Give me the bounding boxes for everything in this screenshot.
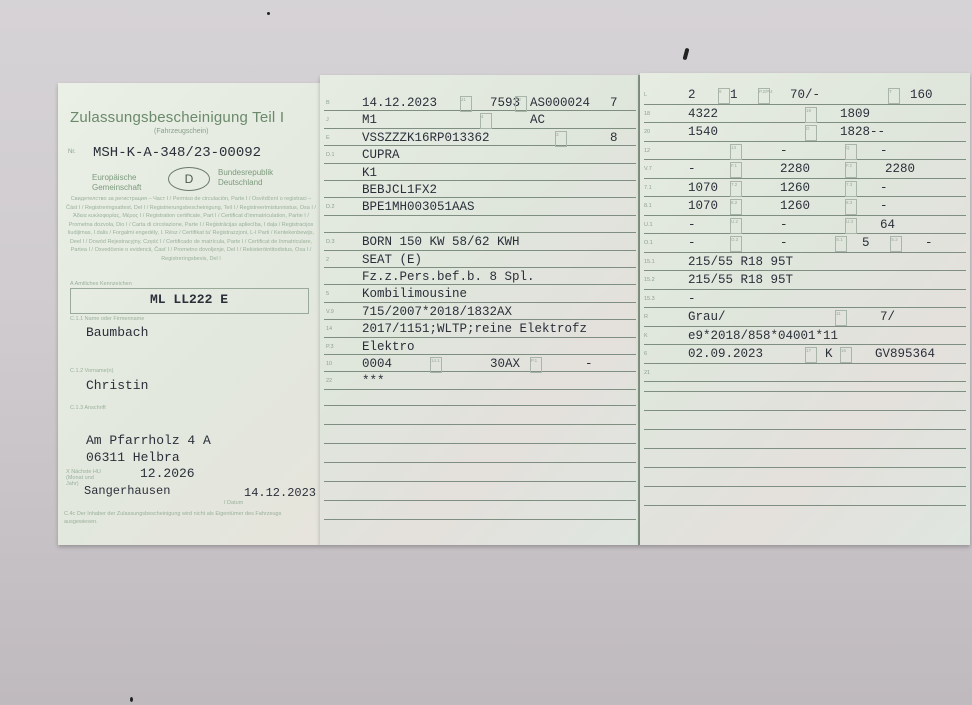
blank-row-divider — [324, 462, 636, 463]
field-code: U.1 — [644, 222, 653, 228]
field-value: BEBJCL1FX2 — [362, 183, 437, 197]
field-code: D.3 — [326, 239, 335, 245]
field-value: 215/55 R18 95T — [688, 255, 793, 269]
field-code-box: S.2 — [890, 236, 902, 252]
field-value-extra: 7 — [610, 96, 618, 110]
field-code: 2 — [326, 257, 329, 263]
field-value: e9*2018/858*04001*11 — [688, 329, 838, 343]
field-value: VSSZZZK16RP013362 — [362, 131, 490, 145]
firstname-label: C.1.2 Vorname(n) — [70, 368, 113, 374]
date-label: I Datum — [224, 500, 243, 506]
blank-row-divider — [324, 405, 636, 406]
field-value: SEAT (E) — [362, 253, 422, 267]
country-label-line1: Bundesrepublik — [218, 168, 273, 178]
field-code: V.9 — [326, 309, 334, 315]
field-code: 15.3 — [644, 296, 655, 302]
blank-row-divider — [324, 500, 636, 501]
field-code-box: 7.2 — [730, 181, 742, 197]
field-code: E — [326, 135, 330, 141]
surface-speck — [683, 48, 690, 61]
field-value: - — [688, 236, 696, 250]
field-code: 8.1 — [644, 203, 652, 209]
field-value-f3: 8 — [610, 131, 618, 145]
surname-label: C.1.1 Name oder Firmenname — [70, 316, 144, 322]
country-code-oval: D — [168, 167, 210, 191]
field-code: 15.1 — [644, 259, 655, 265]
registration-document: Zulassungsbescheinigung Teil I (Fahrzeug… — [58, 75, 970, 545]
field-value: 14.12.2023 — [362, 96, 437, 110]
eu-label: Europäische Gemeinschaft — [92, 173, 141, 193]
field-value-f17: K — [825, 347, 833, 361]
doc-number: MSH-K-A-348/23-00092 — [93, 145, 261, 161]
field-code: 6 — [644, 351, 647, 357]
field-code-box: 3 — [555, 131, 567, 147]
field-value: CUPRA — [362, 148, 400, 162]
blank-row-divider — [644, 410, 966, 411]
field-value-s1: 5 — [862, 236, 870, 250]
row-divider — [644, 344, 966, 345]
row-divider — [324, 267, 636, 268]
field-value: - — [688, 292, 696, 306]
row-divider — [324, 302, 636, 303]
eu-label-line1: Europäische — [92, 173, 141, 183]
field-code-box: G — [805, 125, 817, 141]
surname: Baumbach — [86, 325, 148, 340]
field-code-box: 11 — [835, 310, 847, 326]
field-code: 21 — [644, 370, 650, 376]
blank-row-divider — [324, 424, 636, 425]
vehicle-data-panel-1: B14.12.2023759321AS000024227JM1AC4EVSSZZ… — [320, 75, 640, 545]
field-value: 02.09.2023 — [688, 347, 763, 361]
row-divider — [324, 232, 636, 233]
field-value: 2 — [688, 88, 696, 102]
row-divider — [324, 284, 636, 285]
document-title: Zulassungsbescheinigung Teil I — [70, 109, 284, 126]
field-value-f19: 1809 — [840, 107, 870, 121]
row-divider — [644, 233, 966, 234]
field-value: *** — [362, 374, 385, 388]
row-divider — [644, 252, 966, 253]
field-value-f4: AC — [530, 113, 545, 127]
field-value-f83: - — [880, 199, 888, 213]
field-value: 4322 — [688, 107, 718, 121]
field-value-p2: 70/- — [790, 88, 820, 102]
field-code-box: 13 — [730, 144, 742, 160]
row-divider — [324, 215, 636, 216]
row-divider — [324, 180, 636, 181]
field-value-o2: - — [780, 236, 788, 250]
field-code-box: 19 — [805, 107, 817, 123]
field-value-f82: 1260 — [780, 199, 810, 213]
row-divider — [324, 145, 636, 146]
field-code: L — [644, 92, 647, 98]
field-code: D.1 — [326, 152, 335, 158]
field-code-box: P.2/P.4 — [758, 88, 770, 104]
field-code: O.1 — [644, 240, 653, 246]
row-divider — [324, 197, 636, 198]
row-divider — [644, 270, 966, 271]
vehicle-data-panel-2: L21970/-P.2/P.4160T184322180919201540182… — [640, 73, 970, 545]
field-value: 715/2007*2018/1832AX — [362, 305, 512, 319]
field-code-box: S.1 — [835, 236, 847, 252]
field-code: 20 — [644, 129, 650, 135]
issuing-authority: Sangerhausen — [84, 484, 170, 498]
field-value-s2: - — [925, 236, 933, 250]
blank-row-divider — [324, 519, 636, 520]
row-divider — [644, 289, 966, 290]
field-value-f14: 30AX — [490, 357, 520, 371]
field-code: B — [326, 100, 330, 106]
field-value: Fz.z.Pers.bef.b. 8 Spl. — [362, 270, 535, 284]
row-divider — [644, 307, 966, 308]
row-divider — [324, 354, 636, 355]
eu-label-line2: Gemeinschaft — [92, 183, 141, 193]
field-code-box: T — [888, 88, 900, 104]
blank-row-divider — [644, 448, 966, 449]
field-code: 22 — [326, 378, 332, 384]
row-divider — [324, 337, 636, 338]
field-value-f13: - — [780, 144, 788, 158]
field-code: V.7 — [644, 166, 652, 172]
field-code: 15.2 — [644, 277, 655, 283]
field-code: 14 — [326, 326, 332, 332]
field-code-box: 9 — [718, 88, 730, 104]
row-divider — [644, 104, 966, 105]
field-code: 12 — [644, 148, 650, 154]
row-divider — [644, 326, 966, 327]
blank-row-divider — [644, 486, 966, 487]
issue-date: 14.12.2023 — [244, 486, 316, 500]
row-divider — [644, 178, 966, 179]
field-code-box: O.2 — [730, 236, 742, 252]
ownership-footnote: C.4c Der Inhaber der Zulassungsbescheini… — [64, 510, 304, 526]
row-divider — [324, 371, 636, 372]
license-plate: ML LL222 E — [150, 292, 228, 307]
field-value-f22: AS000024 — [530, 96, 590, 110]
country-label-line2: Deutschland — [218, 178, 273, 188]
field-code: 18 — [644, 111, 650, 117]
field-value-g: 1828-- — [840, 125, 885, 139]
field-value: 1070 — [688, 181, 718, 195]
field-value: Kombilimousine — [362, 287, 467, 301]
field-value: - — [688, 218, 696, 232]
next-inspection: 12.2026 — [140, 466, 195, 481]
field-value: Grau/ — [688, 310, 726, 324]
field-value-f72: 1260 — [780, 181, 810, 195]
row-divider — [644, 159, 966, 160]
field-value-u2: - — [780, 218, 788, 232]
field-value: K1 — [362, 166, 377, 180]
field-value: 0004 — [362, 357, 392, 371]
field-value-q: - — [880, 144, 888, 158]
field-code: R — [644, 314, 648, 320]
surface-speck — [130, 697, 133, 702]
field-code: J — [326, 117, 329, 123]
field-value: 1070 — [688, 199, 718, 213]
field-value: 215/55 R18 95T — [688, 273, 793, 287]
field-value: 2017/1151;WLTP;reine Elektrofz — [362, 322, 587, 336]
field-value-t: 160 — [910, 88, 933, 102]
field-value-f9: 1 — [730, 88, 738, 102]
field-code-box: U.3 — [845, 218, 857, 234]
field-code-box: 22 — [515, 96, 527, 112]
field-code-box: 16 — [840, 347, 852, 363]
holder-panel: Zulassungsbescheinigung Teil I (Fahrzeug… — [58, 83, 320, 545]
field-code-box: 4 — [480, 113, 492, 129]
field-value-u3: 64 — [880, 218, 895, 232]
field-code-box: 8.2 — [730, 199, 742, 215]
blank-row-divider — [324, 481, 636, 482]
row-divider — [644, 381, 966, 382]
field-code: K — [644, 333, 648, 339]
field-value: M1 — [362, 113, 377, 127]
address-line1: Am Pfarrholz 4 A — [86, 433, 211, 448]
blank-row-divider — [644, 505, 966, 506]
row-divider — [324, 163, 636, 164]
field-code-box: P.1 — [530, 357, 542, 373]
field-code: 7.1 — [644, 185, 652, 191]
field-code-box: 17 — [805, 347, 817, 363]
field-value: BPE1MH003051AAS — [362, 200, 475, 214]
field-code-box: 21 — [460, 96, 472, 112]
field-value: Elektro — [362, 340, 415, 354]
field-code-box: 8.3 — [845, 199, 857, 215]
address-label: C.1.3 Anschrift — [70, 405, 106, 411]
row-divider — [644, 215, 966, 216]
field-value-f16: GV895364 — [875, 347, 935, 361]
blank-row-divider — [324, 443, 636, 444]
address-line2: 06311 Helbra — [86, 450, 180, 465]
row-divider — [324, 389, 636, 390]
field-code-box: F.2 — [845, 162, 857, 178]
blank-row-divider — [644, 429, 966, 430]
doc-number-label: Nr. — [68, 149, 76, 155]
row-divider — [324, 110, 636, 111]
row-divider — [324, 250, 636, 251]
firstname: Christin — [86, 378, 148, 393]
field-value: 1540 — [688, 125, 718, 139]
field-value: - — [688, 162, 696, 176]
field-code: 10 — [326, 361, 332, 367]
row-divider — [324, 319, 636, 320]
field-code-box: U.2 — [730, 218, 742, 234]
blank-row-divider — [644, 467, 966, 468]
country-label: Bundesrepublik Deutschland — [218, 168, 273, 188]
field-value-f1: 2280 — [780, 162, 810, 176]
field-code-box: Q — [845, 144, 857, 160]
blank-row-divider — [644, 391, 966, 392]
field-value-p1: - — [585, 357, 593, 371]
field-value: BORN 150 KW 58/62 KWH — [362, 235, 520, 249]
field-code: D.2 — [326, 204, 335, 210]
plate-label: A Amtliches Kennzeichen — [70, 281, 132, 287]
row-divider — [644, 196, 966, 197]
field-code: P.3 — [326, 344, 334, 350]
field-value-f73: - — [880, 181, 888, 195]
field-code-box: F.1 — [730, 162, 742, 178]
surface-speck — [267, 12, 270, 15]
field-code-box: 14.1 — [430, 357, 442, 373]
field-value-f2: 2280 — [885, 162, 915, 176]
field-code: 5 — [326, 291, 329, 297]
field-value-f11: 7/ — [880, 310, 895, 324]
multilingual-text: Свидетелство за регистрация – Част I / P… — [66, 195, 316, 263]
document-subtitle: (Fahrzeugschein) — [154, 128, 208, 135]
field-code-box: 7.3 — [845, 181, 857, 197]
